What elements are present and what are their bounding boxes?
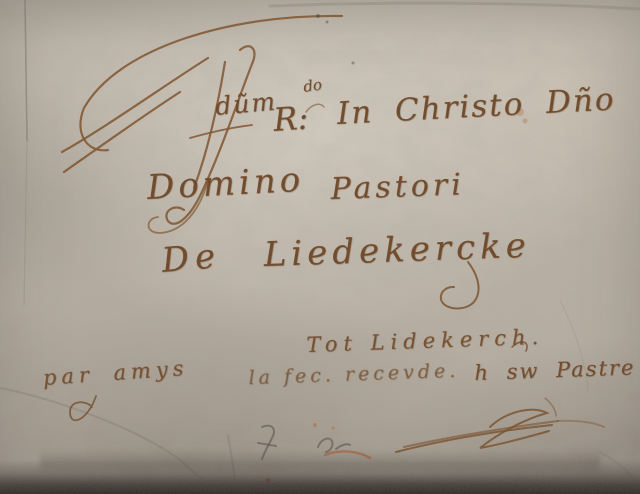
script-faint-middle: la fec. recevde. (248, 360, 459, 389)
script-word-par-amys: par amys (42, 356, 189, 390)
bottom-edge-shadow (0, 460, 640, 494)
script-word-domino: Domino (146, 160, 305, 208)
script-word-dum: dũm (214, 87, 278, 121)
smudge-shadow-band (40, 450, 600, 474)
script-word-de: De (160, 236, 223, 281)
script-line-tot-lidekerch: Tot Lidekerch. (306, 325, 545, 357)
pencil-marks (258, 426, 350, 459)
script-word-pastori: Pastori (330, 167, 465, 207)
script-word-liedekercke: Liedekercke (263, 226, 531, 275)
script-word-pastre: h sw Pastre (474, 355, 636, 385)
script-in-christo-dno: In Christo Dño (336, 81, 616, 132)
script-word-r-abbrev: R: (272, 99, 309, 139)
red-mark (266, 478, 270, 494)
paraph-flourish (396, 398, 604, 452)
script-superscript-do: do (302, 75, 323, 95)
manuscript-photo: dũm R: do In Christo Dño Domino Pastori … (0, 0, 640, 494)
